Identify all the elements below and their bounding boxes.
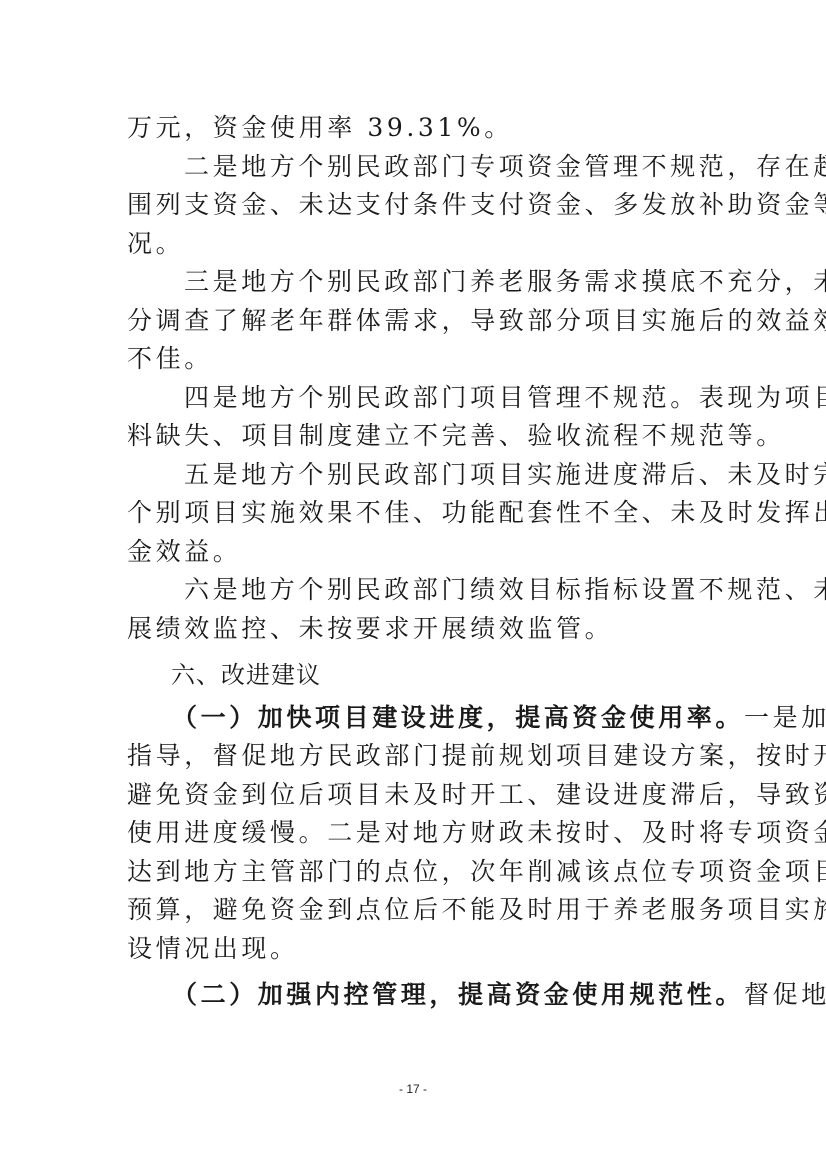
- page-number: - 17 -: [0, 1082, 826, 1096]
- paragraph-line: 四是地方个别民政部门项目管理不规范。表现为项目资: [127, 379, 703, 418]
- recommendation-1: （一）加快项目建设进度，提高资金使用率。一是加强 指导，督促地方民政部门提前规划…: [127, 699, 703, 969]
- paragraph-line: 围列支资金、未达支付条件支付资金、多发放补助资金等情: [127, 186, 703, 225]
- paragraph-line: 料缺失、项目制度建立不完善、验收流程不规范等。: [127, 417, 703, 456]
- recommendation-text: 一是加强: [744, 703, 826, 732]
- paragraph-line: 六是地方个别民政部门绩效目标指标设置不规范、未开: [127, 571, 703, 610]
- recommendation-title: （一）加快项目建设进度，提高资金使用率。: [172, 703, 744, 732]
- paragraph-line: 三是地方个别民政部门养老服务需求摸底不充分，未充: [127, 263, 703, 302]
- paragraph-line: 个别项目实施效果不佳、功能配套性不全、未及时发挥出资: [127, 494, 703, 533]
- paragraph-line: 避免资金到位后项目未及时开工、建设进度滞后，导致资金: [127, 776, 703, 815]
- paragraph-issue-6: 六是地方个别民政部门绩效目标指标设置不规范、未开 展绩效监控、未按要求开展绩效监…: [127, 571, 703, 648]
- paragraph-line: 况。: [127, 225, 703, 264]
- recommendation-2: （二）加强内控管理，提高资金使用规范性。督促地方: [127, 976, 703, 1015]
- recommendation-first-line: （一）加快项目建设进度，提高资金使用率。一是加强: [127, 699, 703, 738]
- recommendation-title: （二）加强内控管理，提高资金使用规范性。: [172, 980, 744, 1009]
- recommendation-first-line: （二）加强内控管理，提高资金使用规范性。督促地方: [127, 976, 703, 1015]
- recommendation-text: 督促地方: [744, 980, 826, 1009]
- paragraph-line: 二是地方个别民政部门专项资金管理不规范，存在超范: [127, 148, 703, 187]
- paragraph-line: 金效益。: [127, 533, 703, 572]
- paragraph-line: 五是地方个别民政部门项目实施进度滞后、未及时完工，: [127, 456, 703, 495]
- paragraph-line: 不佳。: [127, 340, 703, 379]
- section-heading: 六、改进建议: [127, 656, 703, 695]
- paragraph-line: 预算，避免资金到点位后不能及时用于养老服务项目实施建: [127, 891, 703, 930]
- paragraph-line: 展绩效监控、未按要求开展绩效监管。: [127, 610, 703, 649]
- paragraph-line: 万元，资金使用率 39.31%。: [127, 109, 703, 148]
- paragraph-line: 使用进度缓慢。二是对地方财政未按时、及时将专项资金下: [127, 814, 703, 853]
- paragraph-issue-5: 五是地方个别民政部门项目实施进度滞后、未及时完工， 个别项目实施效果不佳、功能配…: [127, 456, 703, 572]
- paragraph-line: 分调查了解老年群体需求，导致部分项目实施后的效益效果: [127, 302, 703, 341]
- paragraph-line: 设情况出现。: [127, 930, 703, 969]
- paragraph-issue-3: 三是地方个别民政部门养老服务需求摸底不充分，未充 分调查了解老年群体需求，导致部…: [127, 263, 703, 379]
- paragraph-line: 达到地方主管部门的点位，次年削减该点位专项资金项目或: [127, 853, 703, 892]
- paragraph-issue-4: 四是地方个别民政部门项目管理不规范。表现为项目资 料缺失、项目制度建立不完善、验…: [127, 379, 703, 456]
- paragraph-issue-2: 二是地方个别民政部门专项资金管理不规范，存在超范 围列支资金、未达支付条件支付资…: [127, 148, 703, 264]
- document-page: 万元，资金使用率 39.31%。 二是地方个别民政部门专项资金管理不规范，存在超…: [127, 109, 703, 1015]
- paragraph-line: 指导，督促地方民政部门提前规划项目建设方案，按时开工，: [127, 737, 703, 776]
